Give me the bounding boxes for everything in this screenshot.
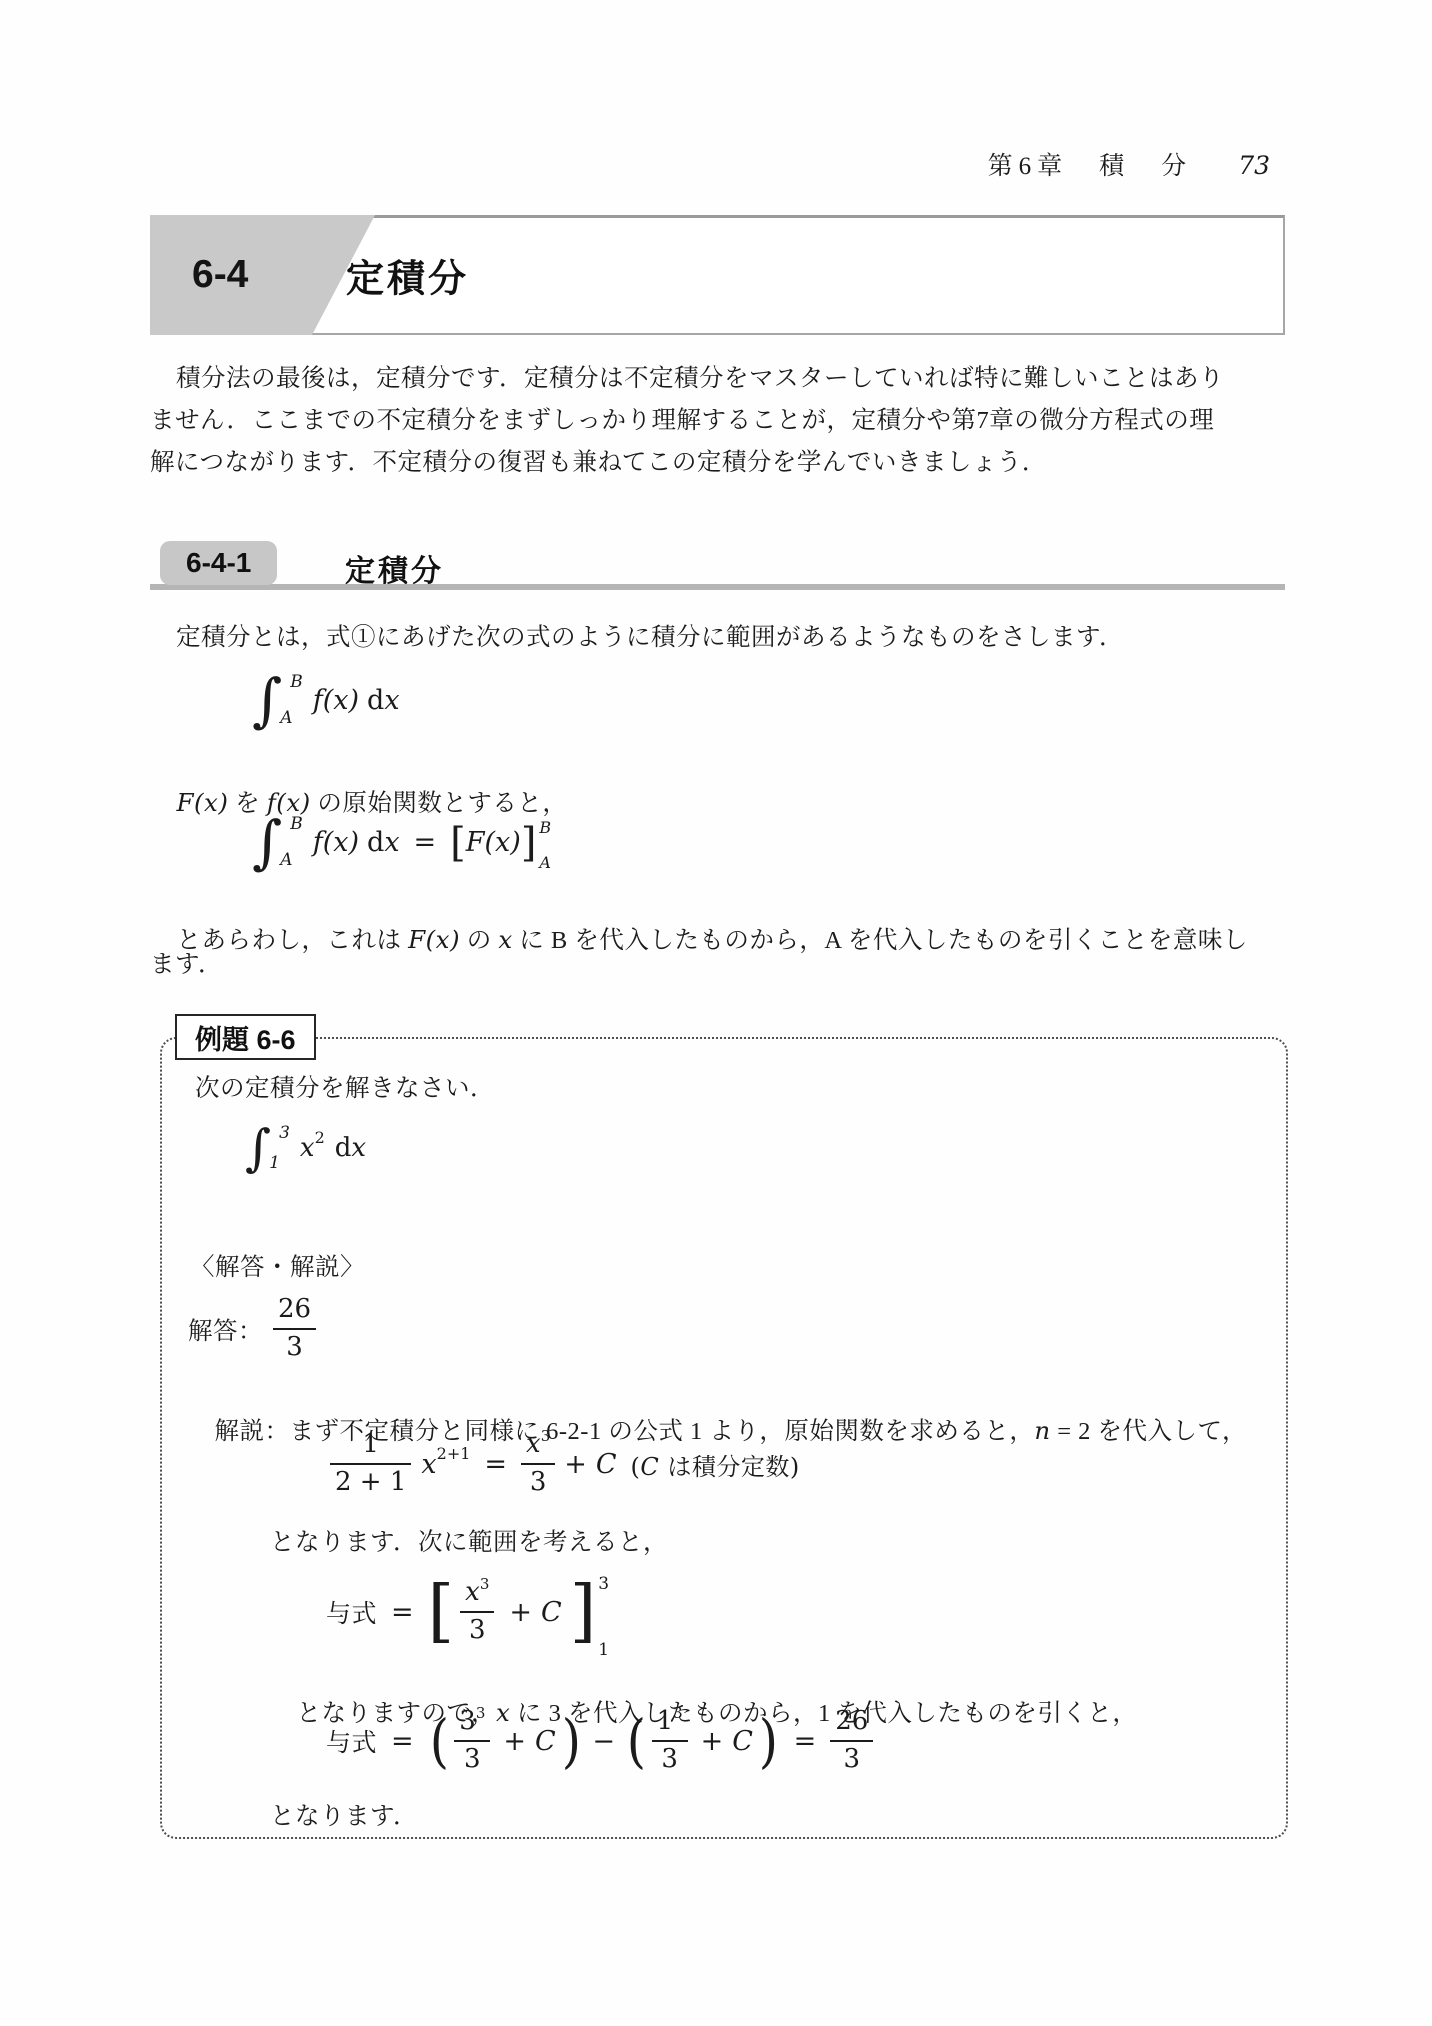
intro-line-2: ません．ここまでの不定積分をまずしっかり理解することが，定積分や第7章の微分方程… bbox=[150, 400, 1224, 442]
subsection-number: 6-4-1 bbox=[186, 547, 251, 579]
text: に B を代入したものから，A を代入したものを引くことを意味し bbox=[513, 927, 1248, 954]
math-x: x bbox=[498, 925, 512, 954]
right-bracket: ] bbox=[521, 823, 537, 863]
differential-d: d bbox=[367, 685, 384, 716]
bracket-body: F(x) bbox=[466, 827, 521, 858]
page-number: 73 bbox=[1238, 151, 1270, 180]
chapter-header: 第6章 積 分 bbox=[988, 146, 1193, 182]
text: の bbox=[460, 927, 498, 954]
evaluation-explanation-line-2: ます． bbox=[150, 945, 223, 980]
differential-var: x bbox=[384, 827, 399, 858]
section-title: 定積分 bbox=[346, 248, 469, 303]
upper-limit: B bbox=[290, 814, 303, 834]
subsection-number-chip: 6-4-1 bbox=[160, 541, 277, 585]
bracket-lower: A bbox=[539, 853, 551, 872]
bracket-limits: B A bbox=[539, 818, 551, 872]
math-F: F(x) bbox=[177, 788, 229, 817]
integral-limits: B A bbox=[282, 812, 303, 872]
example-label-box: 例題 6-6 bbox=[175, 1014, 316, 1060]
formula-definite-integral: ∫ B A f(x) d x bbox=[252, 668, 400, 732]
differential-var: x bbox=[384, 685, 399, 716]
section-banner: 6-4 定積分 bbox=[150, 215, 1285, 335]
section-number: 6-4 bbox=[192, 253, 248, 297]
integral-limits: B A bbox=[282, 670, 303, 730]
intro-line-1: 積分法の最後は，定積分です．定積分は不定積分をマスターしていれば特に難しいことは… bbox=[150, 358, 1224, 400]
math-F: F(x) bbox=[408, 925, 460, 954]
subsection-lead: 定積分とは，式①にあげた次の式のように積分に範囲があるようなものをさします． bbox=[150, 618, 1124, 653]
running-head: 第6章 積 分 73 bbox=[988, 146, 1270, 182]
evaluation-explanation-line-1: とあらわし，これは F(x) の x に B を代入したものから，A を代入した… bbox=[150, 893, 1248, 984]
intro-line-3: 解につながります．不定積分の復習も兼ねてこの定積分を学んでいきましょう． bbox=[150, 442, 1224, 484]
equals-sign: = bbox=[414, 827, 437, 858]
integrand: f(x) bbox=[313, 685, 359, 716]
lower-limit: A bbox=[280, 708, 303, 728]
bracket-upper: B bbox=[539, 818, 551, 837]
integral-sign: ∫ bbox=[252, 674, 282, 726]
differential-d: d bbox=[367, 827, 384, 858]
formula-evaluation: ∫ B A f(x) d x = [ F(x) ] B A bbox=[252, 810, 551, 874]
subsection-rule bbox=[150, 584, 1285, 590]
integrand: f(x) bbox=[313, 827, 359, 858]
intro-paragraph: 積分法の最後は，定積分です．定積分は不定積分をマスターしていれば特に難しいことは… bbox=[150, 358, 1224, 484]
upper-limit: B bbox=[290, 672, 303, 692]
left-bracket: [ bbox=[450, 823, 466, 863]
lower-limit: A bbox=[280, 850, 303, 870]
textbook-page: 第6章 積 分 73 6-4 定積分 積分法の最後は，定積分です．定積分は不定積… bbox=[0, 0, 1432, 2026]
example-label: 例題 6-6 bbox=[195, 1018, 296, 1057]
example-box-border bbox=[160, 1037, 1288, 1839]
integral-sign: ∫ bbox=[252, 816, 282, 868]
